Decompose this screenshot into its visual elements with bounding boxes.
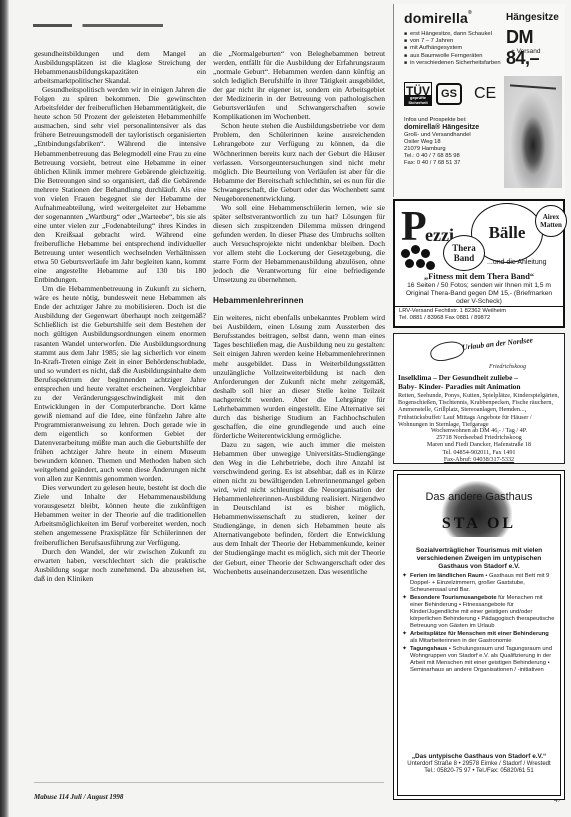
offer-item: Ferien im ländlichen Raum • Gasthaus mit… <box>402 573 556 594</box>
offer-item: Besondere Tourismusangebote für Menschen… <box>402 595 556 630</box>
footer-rule <box>34 782 384 783</box>
thera-band-circle: Thera Band <box>443 235 485 271</box>
ce-mark-icon: CE <box>474 85 496 103</box>
footer-citation: Mabuse 114 Juli / August 1998 <box>34 793 123 801</box>
feature-item: aus Baumwolle Ferngeräten <box>404 53 504 60</box>
insel-headline-2: Baby- Kinder- Paradies mit Animation <box>398 382 521 391</box>
book-binding-shadow <box>0 0 9 817</box>
article-paragraph: Um die Hebammenbetreuung in Zukunft zu s… <box>34 284 206 483</box>
pezzi-tagline: ...und die Anleitung <box>487 259 547 266</box>
ad-nordsee-urlaub: Urlaub an der Nordsee Friedrichskoog Ins… <box>393 333 565 464</box>
article-paragraph: die „Normalgeburten“ von Beleghebammen b… <box>213 49 385 121</box>
logo-signature: Friedrichskoog <box>489 364 526 370</box>
gasthaus-title: Das andere Gasthaus <box>398 491 560 503</box>
offer-item: Arbeitsplätze für Menschen mit einer Beh… <box>402 631 556 645</box>
header-rule <box>33 24 163 27</box>
feature-item: in verschiedenen Sicherheitsfarben <box>404 60 504 67</box>
article-paragraph: Ein weiteres, nicht ebenfalls unbekannte… <box>213 313 385 440</box>
article-paragraph: gesundheitsbildungen und dem Mangel an A… <box>34 49 206 85</box>
domirella-brand: domirella® <box>404 10 472 26</box>
domirella-shipping: + Versand <box>511 48 540 55</box>
gasthaus-intro: Sozialverträglicher Tourismus mit vielen… <box>402 547 556 570</box>
insel-headline-1: Inselklima – Der Gesundheit zuliebe – <box>398 373 518 382</box>
section-heading: Hebammenlehrerinnen <box>213 296 385 305</box>
insel-body: Reiten, Seehunde, Ponys, Kutten, Spielpl… <box>398 392 560 428</box>
certification-logos: TÜVgeprüfte Sicherheit GS CE <box>404 82 496 106</box>
gasthaus-contact: „Das untypische Gasthaus von Stadorf e.V… <box>402 753 556 776</box>
insel-address: Wochenwohnen ab DM 46,- / Tag / 4P. 2571… <box>394 427 564 463</box>
flower-dots-icon <box>401 245 437 273</box>
gasthaus-offer-list: Ferien im ländlichen Raum • Gasthaus mit… <box>402 573 556 675</box>
airex-matten-circle: Airex Matten <box>535 205 567 237</box>
article-paragraph: Dies verwundert zu gelesen heute, besteh… <box>34 483 206 546</box>
article-paragraph: Durch den Wandel, der wir zwischen Zukun… <box>34 547 206 583</box>
ad-domirella: domirella® Hängesitze DM 84,– + Versand … <box>393 4 565 197</box>
tuv-logo-icon: TÜVgeprüfte Sicherheit <box>404 82 432 106</box>
nordsee-logo: Urlaub an der Nordsee Friedrichskoog <box>424 338 534 370</box>
feature-item: mit Aufhängesystem <box>404 45 504 52</box>
article-column-2: die „Normalgeburten“ von Beleghebammen b… <box>213 49 385 576</box>
article-paragraph: Gesundheitspolitisch werden wir in einig… <box>34 85 206 284</box>
pezzi-initial: P <box>401 207 427 247</box>
pezzi-description: 16 Seiten / 50 Fotos; senden wir Ihnen m… <box>400 282 558 306</box>
logo-script-text: Urlaub an der Nordsee <box>462 336 533 351</box>
gasthaus-frame: Das andere Gasthaus STA OL Sozialverträg… <box>397 474 561 796</box>
article-paragraph: Wo soll eine Hebammenschülerin lernen, w… <box>213 203 385 284</box>
island-shape-icon <box>428 338 466 364</box>
article-paragraph: Dazu zu sagen, wie auch immer die meiste… <box>213 440 385 576</box>
pezzi-contact: LRV-Versand Fechtlstr. 1 82362 Weilheim … <box>395 306 563 323</box>
domirella-contact: Infos und Prospekte bei: domirella® Häng… <box>404 117 479 167</box>
domirella-feature-list: erst Hängesitze, dann Schaukel von 7 – 7… <box>404 31 504 67</box>
hanging-seat-photo <box>504 76 562 188</box>
ad-pezzi-baelle: P ezzi Bälle Airex Matten Thera Band ...… <box>393 199 565 328</box>
article-column-1: gesundheitsbildungen und dem Mangel an A… <box>34 49 206 583</box>
article-paragraph: Schon heute stehen die Ausbildungsbetrie… <box>213 121 385 202</box>
gasthaus-logo: STA OL <box>398 515 560 533</box>
ad-gasthaus-stadorf: Das andere Gasthaus STA OL Sozialverträg… <box>393 470 565 800</box>
feature-item: erst Hängesitze, dann Schaukel <box>404 31 504 38</box>
domirella-product: Hängesitze <box>506 12 559 23</box>
pezzi-title: „Fitness mit dem Thera Band“ <box>395 272 563 281</box>
feature-item: von 7 – 7 Jahren <box>404 38 504 45</box>
offer-item: Tagungshaus • Schulungsraum und Tagungsr… <box>402 646 556 674</box>
gs-logo-icon: GS <box>436 83 462 105</box>
